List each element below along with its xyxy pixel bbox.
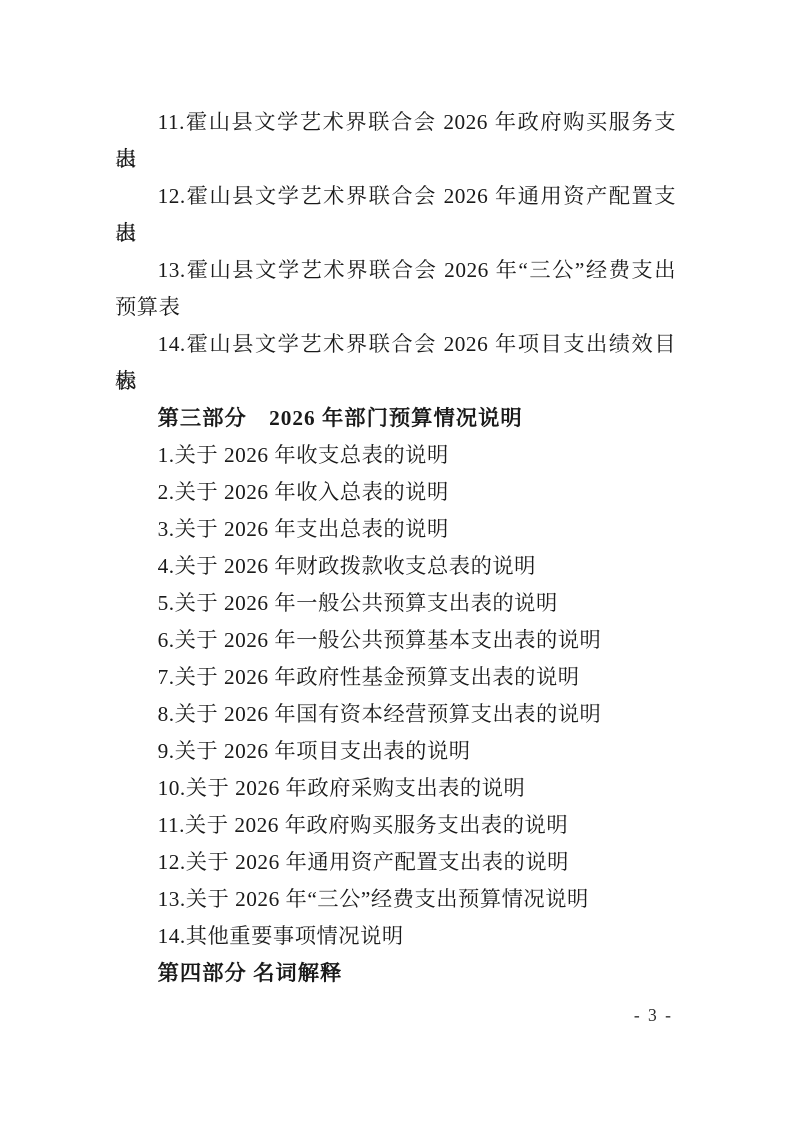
toc-line-table-12-cont: 表	[115, 215, 676, 252]
toc-line-note-2: 2.关于 2026 年收入总表的说明	[115, 474, 676, 511]
toc-line-note-4: 4.关于 2026 年财政拨款收支总表的说明	[115, 548, 676, 585]
toc-line-note-1: 1.关于 2026 年收支总表的说明	[115, 437, 676, 474]
page-number: - 3 -	[634, 1004, 673, 1026]
section-heading-part3: 第三部分 2026 年部门预算情况说明	[115, 400, 676, 437]
toc-line-note-8: 8.关于 2026 年国有资本经营预算支出表的说明	[115, 696, 676, 733]
toc-line-table-11-cont: 表	[115, 141, 676, 178]
toc-line-note-11: 11.关于 2026 年政府购买服务支出表的说明	[115, 807, 676, 844]
toc-line-table-12: 12.霍山县文学艺术界联合会 2026 年通用资产配置支出	[115, 178, 676, 215]
toc-line-table-14: 14.霍山县文学艺术界联合会 2026 年项目支出绩效目标	[115, 326, 676, 363]
toc-line-note-10: 10.关于 2026 年政府采购支出表的说明	[115, 770, 676, 807]
toc-line-note-3: 3.关于 2026 年支出总表的说明	[115, 511, 676, 548]
toc-line-table-11: 11.霍山县文学艺术界联合会 2026 年政府购买服务支出	[115, 104, 676, 141]
toc-line-table-14-cont: 表	[115, 363, 676, 400]
toc-line-table-13-cont: 预算表	[115, 289, 676, 326]
toc-line-note-13: 13.关于 2026 年“三公”经费支出预算情况说明	[115, 881, 676, 918]
toc-line-note-14: 14.其他重要事项情况说明	[115, 918, 676, 955]
toc-line-table-13: 13.霍山县文学艺术界联合会 2026 年“三公”经费支出	[115, 252, 676, 289]
document-page: 11.霍山县文学艺术界联合会 2026 年政府购买服务支出 表 12.霍山县文学…	[0, 0, 793, 1122]
toc-line-note-9: 9.关于 2026 年项目支出表的说明	[115, 733, 676, 770]
toc-content: 11.霍山县文学艺术界联合会 2026 年政府购买服务支出 表 12.霍山县文学…	[115, 104, 676, 992]
toc-line-note-12: 12.关于 2026 年通用资产配置支出表的说明	[115, 844, 676, 881]
toc-line-note-5: 5.关于 2026 年一般公共预算支出表的说明	[115, 585, 676, 622]
section-heading-part4: 第四部分 名词解释	[115, 955, 676, 992]
toc-line-note-7: 7.关于 2026 年政府性基金预算支出表的说明	[115, 659, 676, 696]
toc-line-note-6: 6.关于 2026 年一般公共预算基本支出表的说明	[115, 622, 676, 659]
